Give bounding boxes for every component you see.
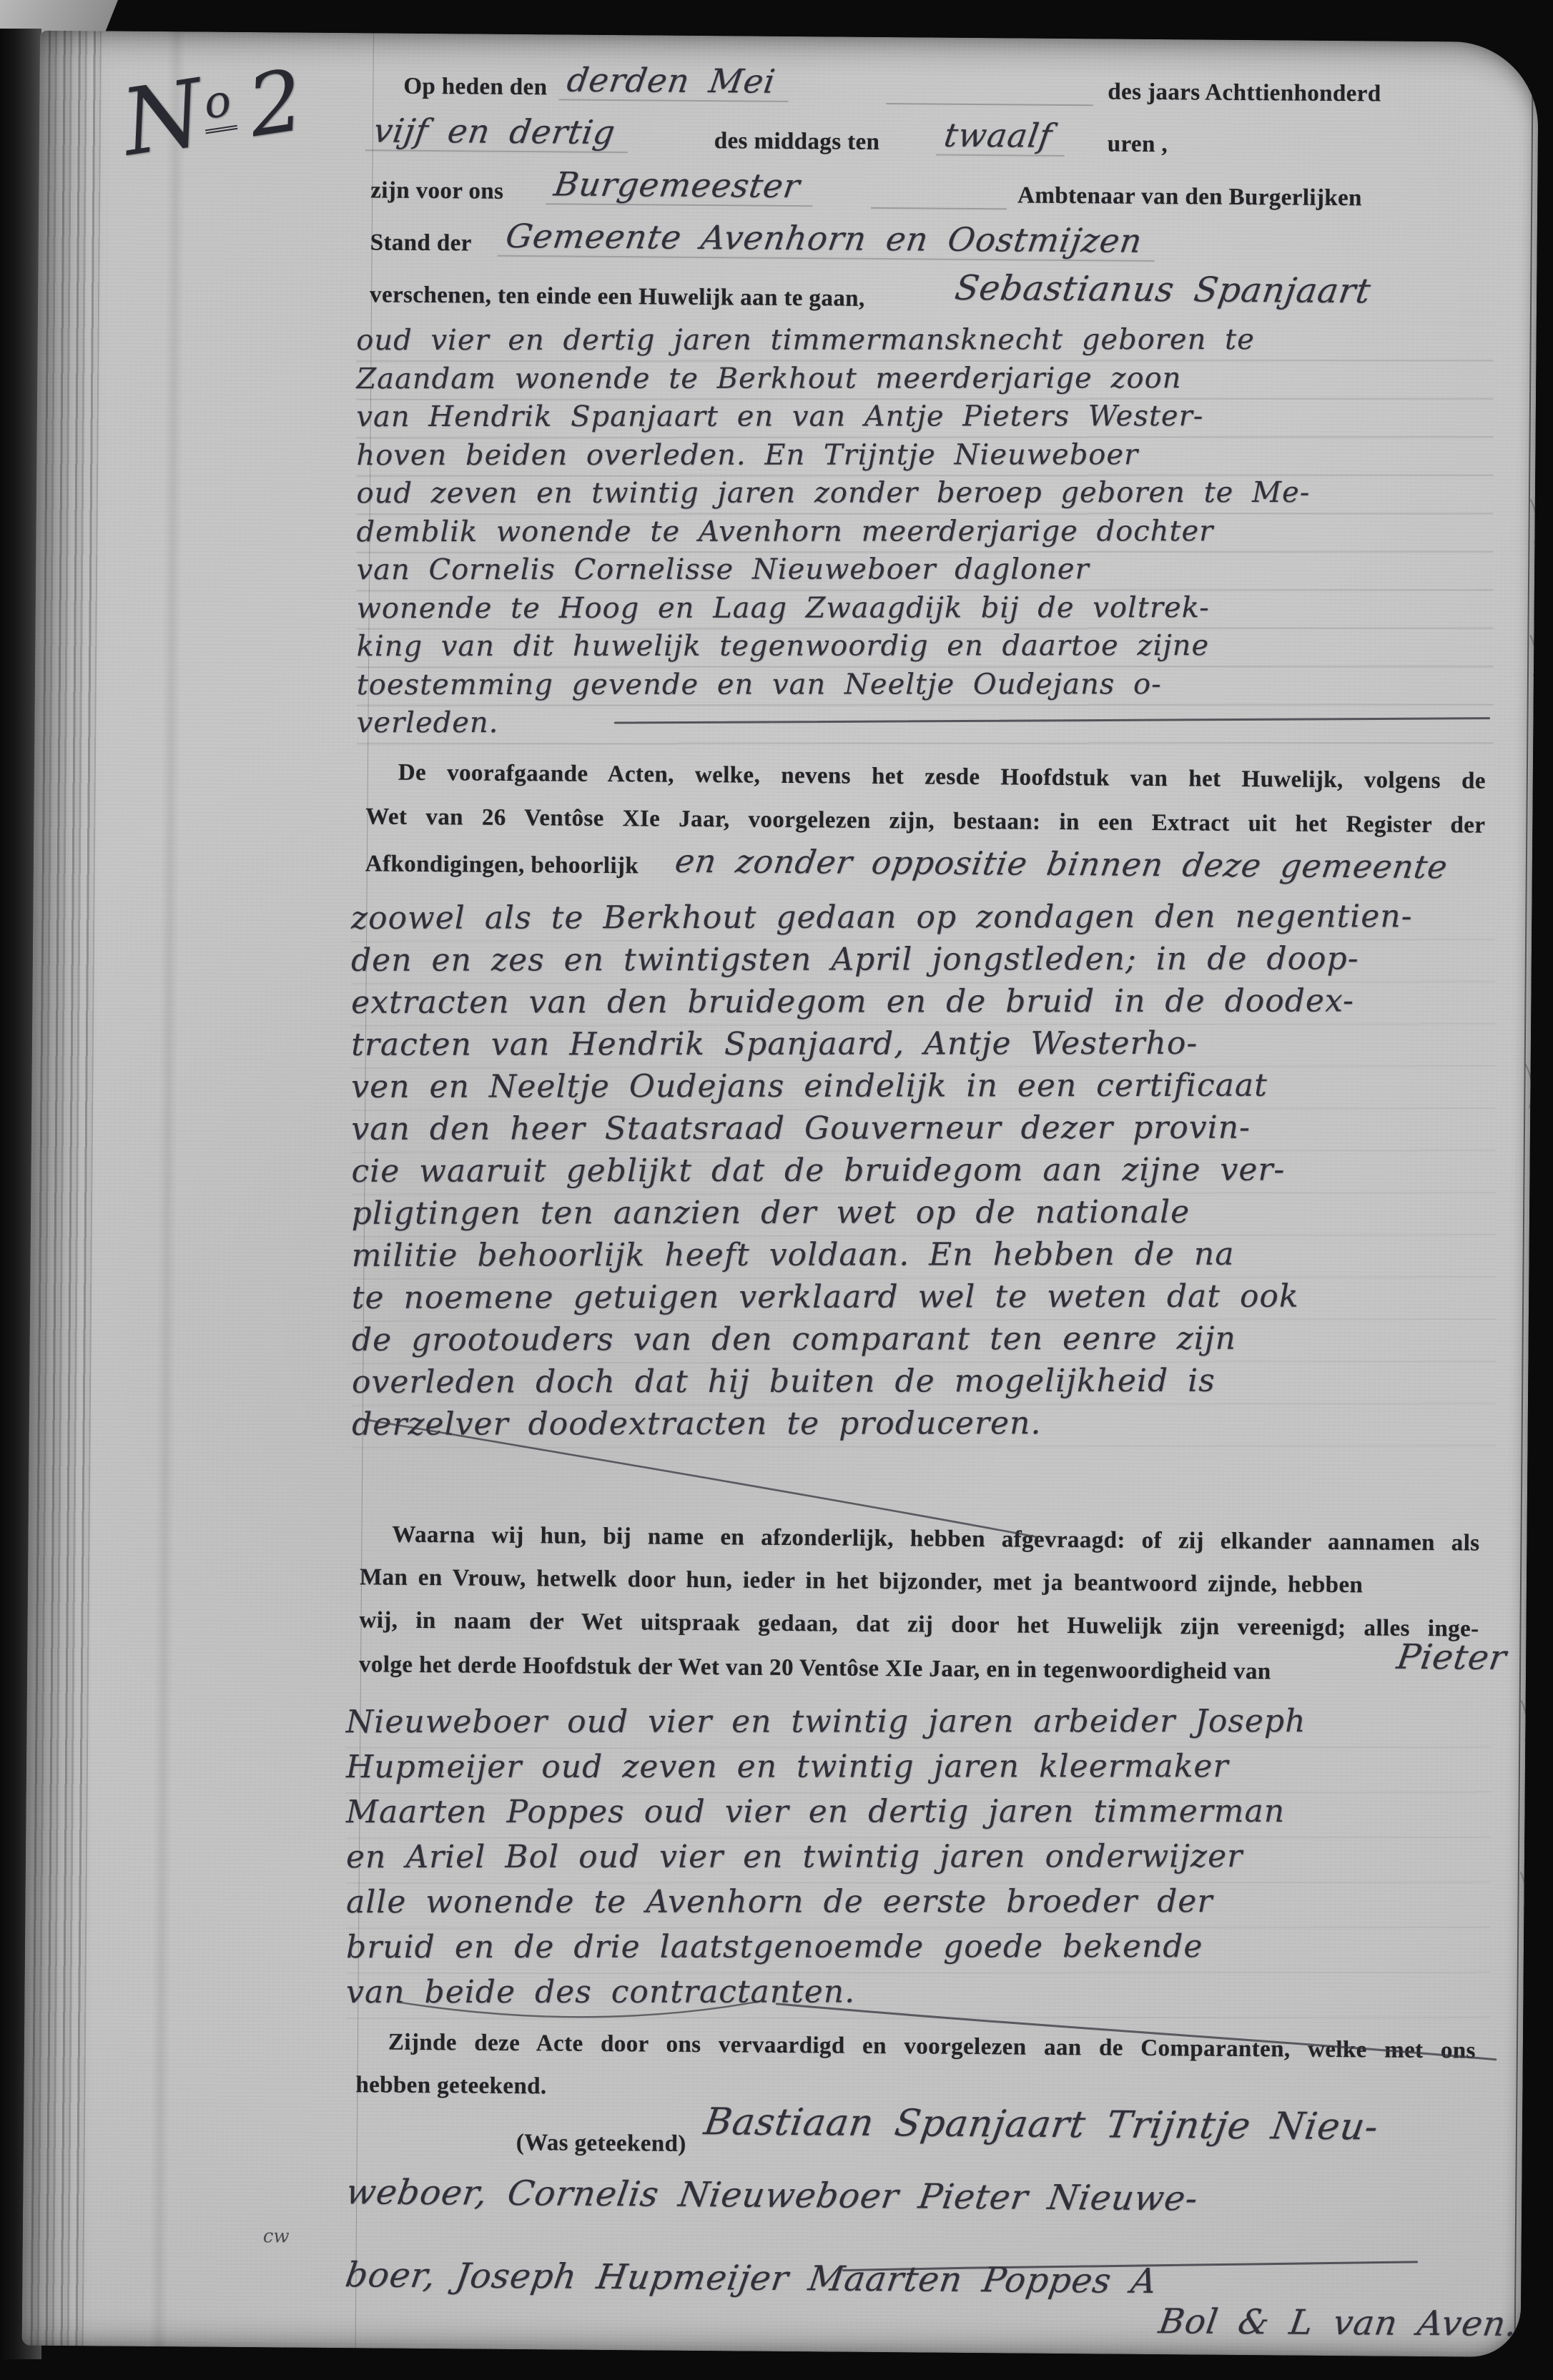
scan-background: No2 Op heden den derden Mei des jaars Ac… [0, 0, 1553, 2380]
flourish-lines [22, 31, 1539, 2357]
document-page: No2 Op heden den derden Mei des jaars Ac… [22, 31, 1539, 2357]
